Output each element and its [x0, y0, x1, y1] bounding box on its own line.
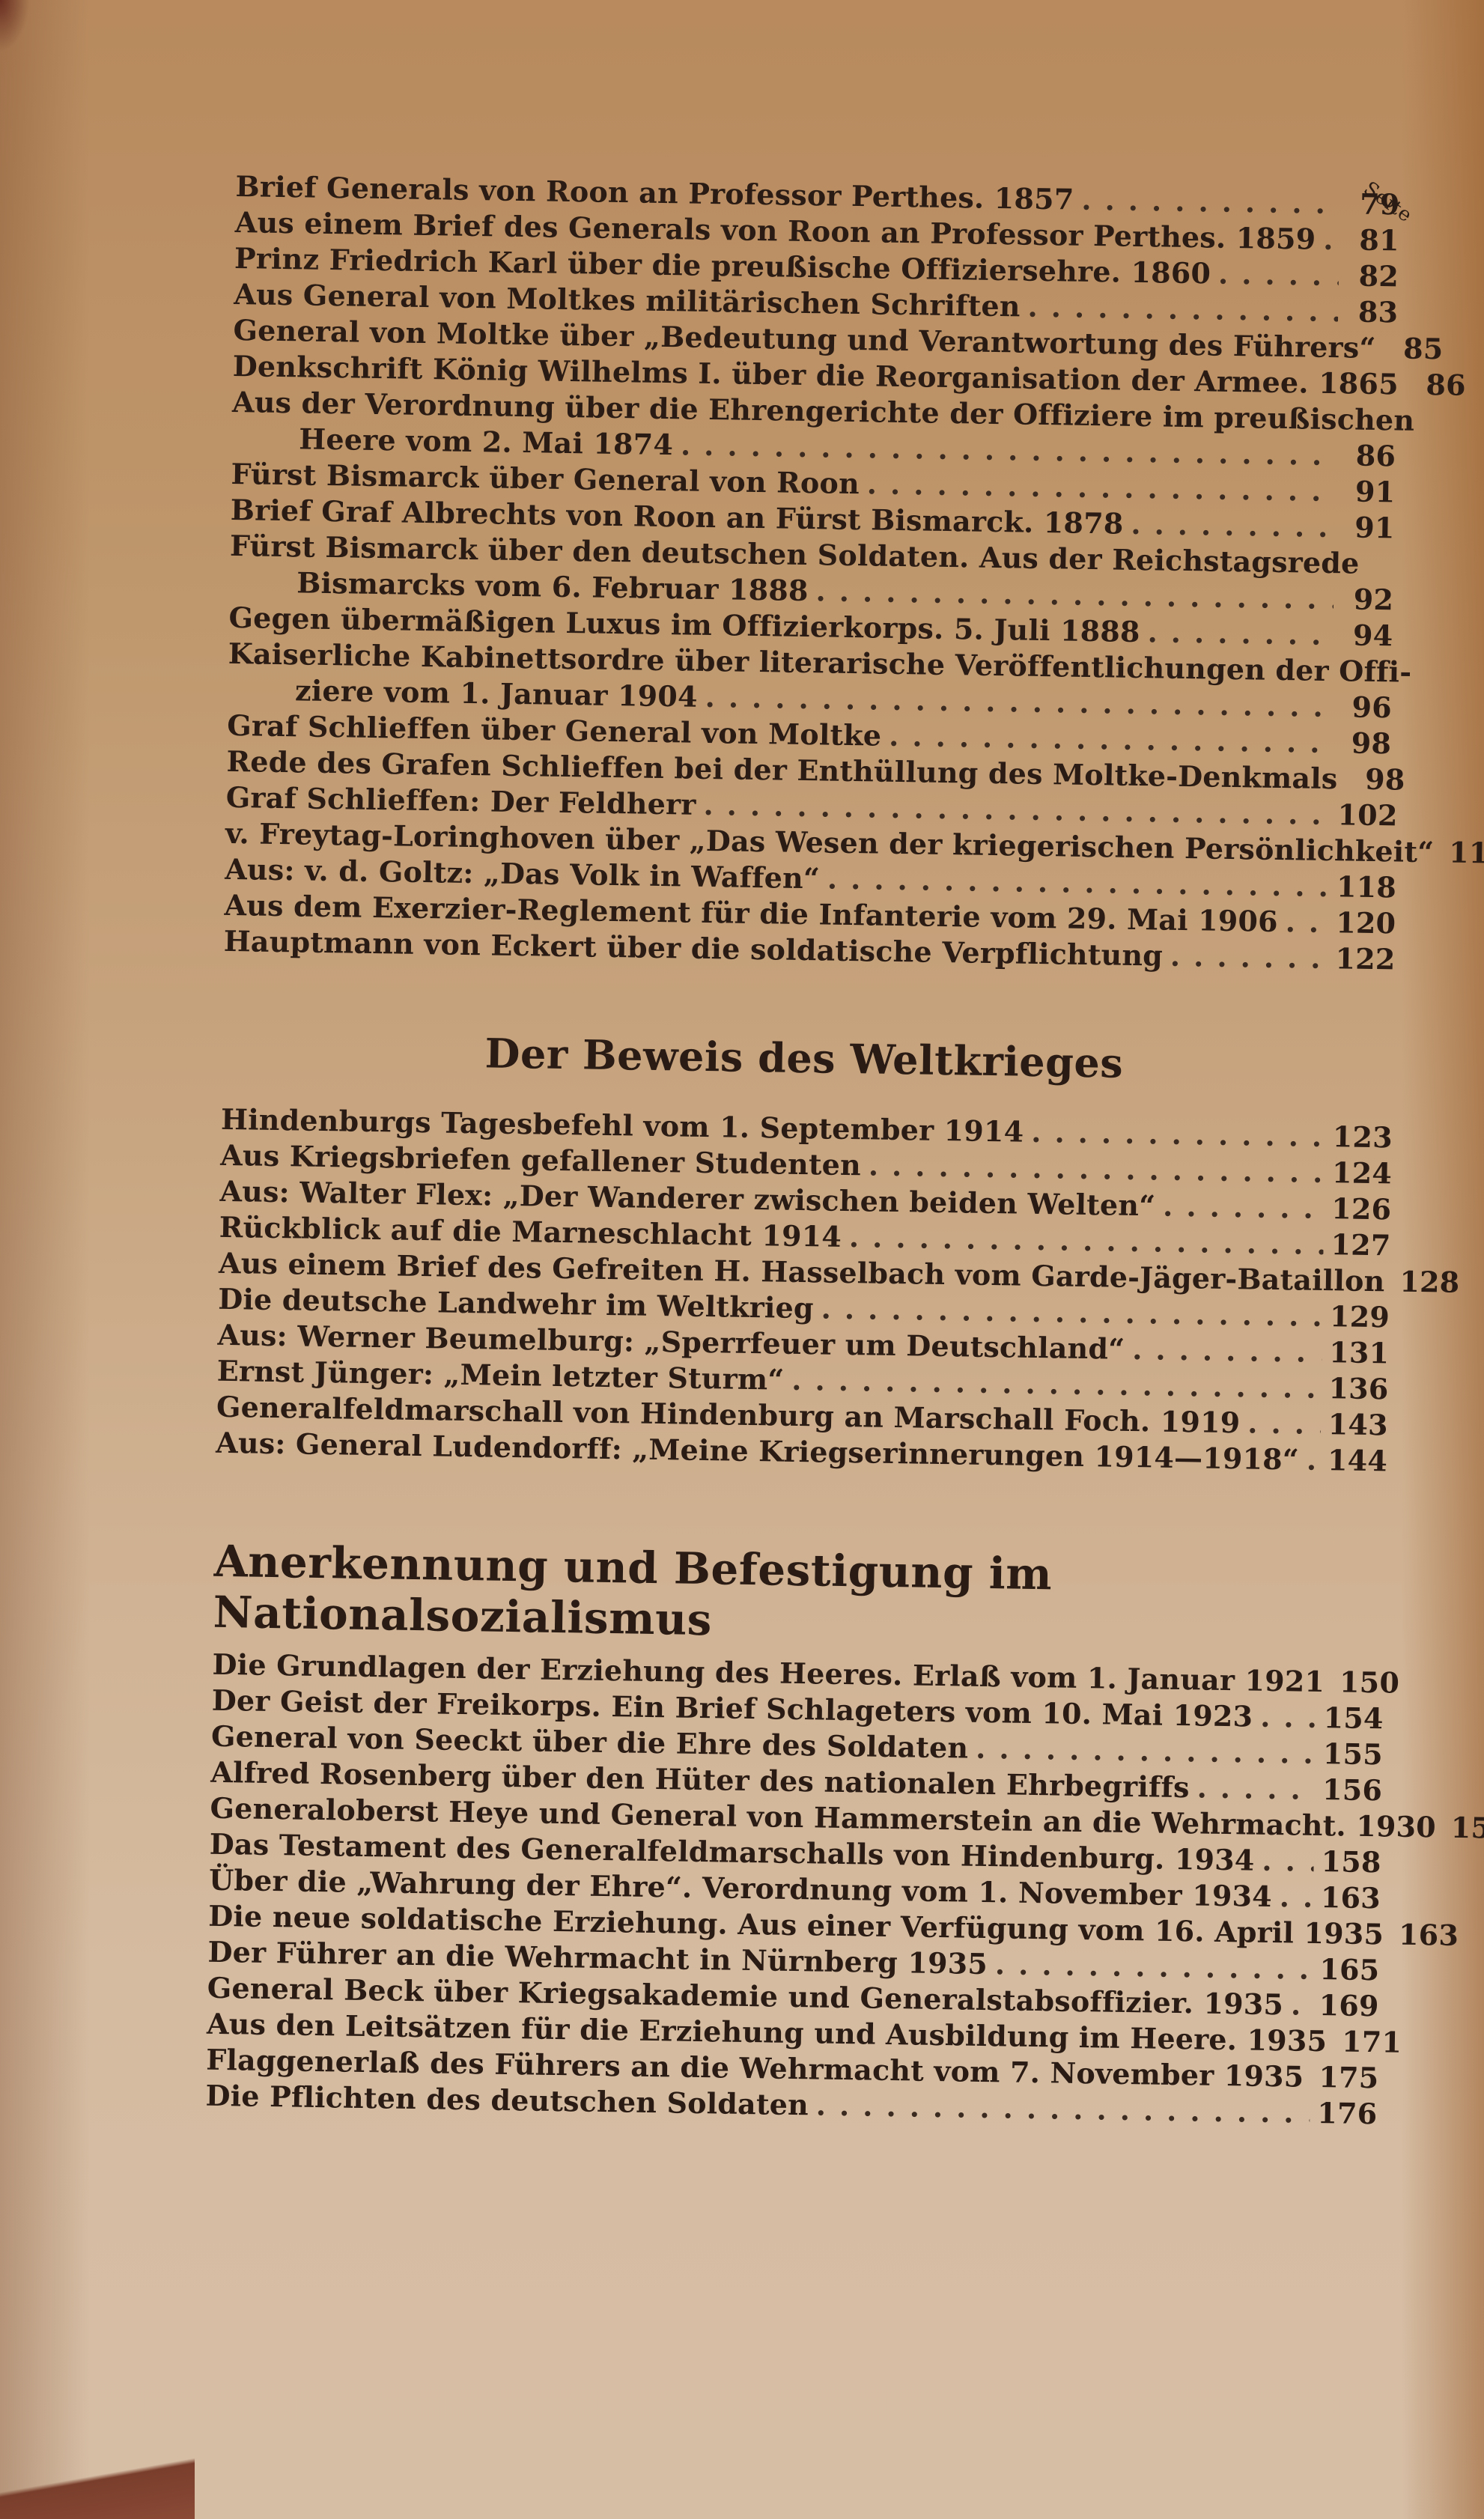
dot-leader: ........................................… — [1260, 1699, 1316, 1736]
toc-page-number: 171 — [1342, 2024, 1395, 2061]
dot-leader: ........................................… — [1332, 1664, 1333, 1700]
dot-leader: ........................................… — [1196, 1769, 1315, 1807]
toc-page-number: 124 — [1332, 1155, 1385, 1191]
toc-page-number: 82 — [1346, 258, 1399, 294]
dot-leader: ........................................… — [1443, 1810, 1444, 1846]
toc-page-number: 143 — [1328, 1406, 1381, 1443]
dot-leader: ........................................… — [1247, 1405, 1321, 1442]
toc-page-number: 150 — [1339, 1664, 1393, 1701]
toc-page-number: 169 — [1319, 1987, 1372, 2024]
dot-leader: ........................................… — [1218, 256, 1339, 294]
dot-leader: ........................................… — [1081, 182, 1340, 222]
toc-page-number: 92 — [1341, 581, 1394, 618]
dot-leader: ........................................… — [1391, 1917, 1392, 1953]
toc-page-number: 98 — [1339, 725, 1392, 762]
toc-page-number: 154 — [1323, 1700, 1376, 1736]
toc-page-number: 96 — [1339, 689, 1393, 726]
toc-page-number: 175 — [1319, 2059, 1372, 2096]
section-heading-nationalsozialismus: Anerkennung und Befestigung im Nationals… — [213, 1461, 1380, 1665]
dot-leader: ........................................… — [1441, 834, 1442, 870]
toc-page-number: 131 — [1329, 1334, 1382, 1371]
table-of-contents-page: Seite Brief Generals von Roon an Profess… — [205, 168, 1400, 2132]
toc-page-number: 144 — [1328, 1442, 1381, 1479]
dot-leader: ........................................… — [1285, 904, 1328, 941]
toc-page-number: 165 — [1319, 1951, 1372, 1988]
toc-page-number: 94 — [1340, 617, 1393, 654]
toc-page-number: 85 — [1390, 330, 1444, 367]
dot-leader: ........................................… — [1383, 330, 1384, 366]
toc-page-number: 127 — [1331, 1227, 1384, 1263]
toc-page-number: 91 — [1342, 473, 1396, 510]
toc-page-number: 122 — [1335, 941, 1388, 977]
dot-leader: ........................................… — [1170, 938, 1328, 976]
toc-page-number: 156 — [1322, 1772, 1375, 1808]
dot-leader: ........................................… — [1262, 1843, 1314, 1880]
toc-page-number: 83 — [1345, 294, 1399, 330]
dot-leader: ........................................… — [1027, 289, 1338, 330]
dot-leader: ........................................… — [1311, 2059, 1312, 2095]
dot-leader: ........................................… — [1147, 614, 1333, 653]
dot-leader: ........................................… — [1031, 1114, 1325, 1155]
toc-page-number: 128 — [1399, 1264, 1453, 1301]
book-cover-corner — [0, 0, 30, 52]
toc-page-number: 98 — [1352, 762, 1405, 798]
dot-leader: ........................................… — [995, 1946, 1313, 1987]
toc-page-number: 136 — [1328, 1370, 1381, 1407]
dot-leader: ........................................… — [1405, 367, 1406, 403]
dot-leader: ........................................… — [815, 2087, 1310, 2130]
toc-page-number: 129 — [1330, 1298, 1383, 1335]
toc-page-number: 163 — [1321, 1880, 1374, 1916]
toc-page-number: 120 — [1336, 905, 1389, 941]
toc-page-number: 118 — [1336, 869, 1390, 905]
toc-page-number: 163 — [1399, 1917, 1452, 1954]
toc-section-1: Brief Generals von Roon an Professor Per… — [223, 168, 1399, 977]
toc-section-2: Hindenburgs Tagesbefehl vom 1. September… — [216, 1102, 1385, 1479]
toc-page-number: 91 — [1342, 509, 1395, 546]
toc-page-number: 102 — [1337, 797, 1390, 833]
dot-leader: ........................................… — [1392, 1263, 1393, 1299]
dot-leader: ........................................… — [1307, 1442, 1321, 1478]
toc-page-number: 111 — [1449, 835, 1484, 872]
dot-leader: ........................................… — [976, 1731, 1316, 1772]
toc-page-number: 158 — [1450, 1810, 1484, 1847]
toc-page-number: 123 — [1332, 1119, 1385, 1155]
dot-leader: ........................................… — [1291, 1987, 1312, 2023]
book-cover-edge — [0, 2452, 195, 2519]
toc-page-number: 86 — [1413, 367, 1466, 404]
dot-leader: ........................................… — [1131, 506, 1335, 545]
dot-leader: ........................................… — [1163, 1188, 1325, 1227]
page-shadow-left — [0, 0, 90, 2519]
section-heading-weltkrieg: Der Beweis des Weltkrieges — [221, 959, 1387, 1119]
toc-page-number: 126 — [1331, 1191, 1384, 1227]
toc-page-number: 81 — [1346, 222, 1399, 258]
toc-page-number: 158 — [1321, 1844, 1374, 1880]
dot-leader: ........................................… — [1334, 2023, 1335, 2059]
dot-leader: ........................................… — [1345, 761, 1345, 797]
toc-page-number: 155 — [1323, 1736, 1376, 1772]
toc-page-number: 176 — [1317, 2095, 1370, 2132]
dot-leader: ........................................… — [1132, 1331, 1322, 1370]
toc-page-number: 86 — [1343, 437, 1396, 474]
toc-section-3: Die Grundlagen der Erziehung des Heeres.… — [205, 1647, 1377, 2132]
dot-leader: ........................................… — [1279, 1879, 1313, 1915]
dot-leader: ........................................… — [1323, 222, 1339, 258]
